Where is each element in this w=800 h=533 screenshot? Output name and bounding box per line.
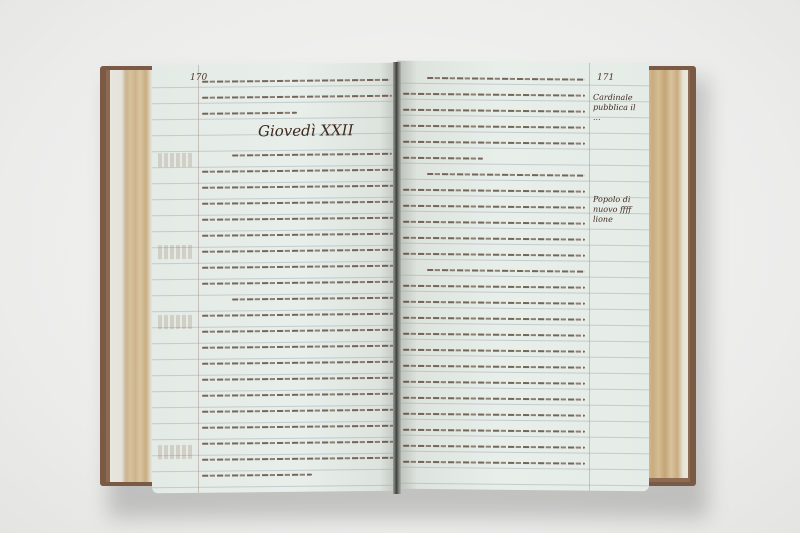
ruled-line (397, 451, 649, 455)
ruled-line (397, 83, 649, 87)
ruled-line (397, 243, 649, 247)
handwriting-line (202, 425, 394, 429)
ruled-line (397, 419, 649, 423)
ruled-line (152, 213, 400, 217)
faded-margin-note (158, 445, 192, 459)
handwriting-line (202, 441, 394, 445)
handwriting-line (403, 205, 585, 209)
margin-rule (589, 63, 590, 491)
right-page: 171 Cardinale pubblica il ... Popolo di … (397, 61, 649, 492)
handwriting-line (202, 409, 394, 413)
faded-margin-note (158, 245, 192, 259)
ruled-line (397, 227, 649, 231)
ruled-line (397, 323, 649, 327)
ruled-line (397, 483, 649, 487)
handwriting-line (202, 249, 394, 253)
ruled-line (397, 147, 649, 151)
margin-note: Popolo di nuovo ffff lione (593, 195, 645, 226)
ruled-line (397, 355, 649, 359)
handwriting-line (403, 157, 483, 160)
ruled-line (152, 357, 400, 361)
handwriting-line (202, 377, 394, 381)
ruled-line (152, 101, 400, 105)
handwriting-line (202, 233, 394, 237)
ruled-line (152, 117, 400, 121)
ruled-line (397, 307, 649, 311)
handwriting-line (427, 77, 585, 81)
ruled-line (152, 181, 400, 185)
handwriting-line (202, 112, 297, 115)
handwriting-line (202, 474, 312, 477)
ruled-line (152, 197, 400, 201)
handwriting-line (403, 189, 585, 193)
right-page-edges (646, 70, 688, 478)
left-page: 170 Giovedì XXII (152, 63, 400, 494)
margin-rule (198, 65, 199, 493)
ruled-line (152, 85, 400, 89)
handwriting-line (403, 285, 585, 289)
handwriting-line (202, 345, 394, 349)
ruled-line (397, 131, 649, 135)
ruled-line (152, 309, 400, 313)
handwriting-line (403, 109, 585, 113)
handwriting-line (403, 237, 585, 241)
handwriting-line (403, 93, 585, 97)
handwriting-line (403, 301, 585, 305)
handwriting-line (202, 201, 394, 205)
ruled-line (152, 389, 400, 393)
handwriting-line (403, 445, 585, 449)
handwriting-line (403, 413, 585, 417)
handwriting-line (202, 79, 390, 83)
handwriting-line (202, 169, 394, 173)
ruled-line (152, 421, 400, 425)
handwriting-line (403, 461, 585, 465)
handwriting-line (202, 393, 394, 397)
handwriting-line (427, 269, 585, 273)
ruled-line (397, 291, 649, 295)
ruled-line (397, 163, 649, 167)
handwriting-line (403, 125, 585, 129)
ruled-line (152, 341, 400, 345)
handwriting-line (403, 381, 585, 385)
entry-heading: Giovedì XXII (258, 121, 354, 140)
page-number-right: 171 (597, 73, 614, 83)
handwriting-line (202, 457, 394, 461)
ruled-line (397, 371, 649, 375)
ruled-line (152, 261, 400, 265)
left-page-edges (110, 70, 156, 482)
ruled-line (152, 373, 400, 377)
handwriting-line (403, 349, 585, 353)
handwriting-line (403, 253, 585, 257)
handwriting-line (202, 281, 394, 285)
faded-margin-note (158, 153, 192, 167)
handwriting-line (202, 329, 394, 333)
handwriting-line (202, 217, 394, 221)
ruled-line (397, 275, 649, 279)
ruled-line (152, 485, 400, 489)
ruled-line (397, 403, 649, 407)
handwriting-line (403, 317, 585, 321)
margin-note: Cardinale pubblica il ... (593, 93, 645, 124)
handwriting-line (202, 185, 394, 189)
handwriting-line (403, 365, 585, 369)
book-gutter (393, 62, 401, 494)
ruled-line (152, 437, 400, 441)
ruled-line (397, 435, 649, 439)
handwriting-line (202, 265, 394, 269)
handwriting-line (427, 173, 585, 177)
ruled-line (152, 405, 400, 409)
handwriting-line (202, 361, 394, 365)
handwriting-line (403, 333, 585, 337)
handwriting-line (403, 397, 585, 401)
ruled-line (397, 179, 649, 183)
ruled-line (152, 293, 400, 297)
ruled-line (152, 149, 400, 153)
handwriting-line (232, 153, 392, 157)
handwriting-line (202, 313, 394, 317)
handwriting-line (403, 429, 585, 433)
ruled-line (152, 277, 400, 281)
handwriting-line (232, 297, 394, 301)
ruled-line (397, 467, 649, 471)
faded-margin-note (158, 315, 192, 329)
handwriting-line (202, 95, 392, 99)
handwriting-line (403, 141, 585, 145)
ruled-line (152, 469, 400, 473)
photo-background: 170 Giovedì XXII 171 (0, 0, 800, 533)
handwriting-line (403, 221, 585, 225)
ruled-line (152, 229, 400, 233)
ruled-line (397, 259, 649, 263)
ruled-line (397, 387, 649, 391)
ruled-line (397, 339, 649, 343)
